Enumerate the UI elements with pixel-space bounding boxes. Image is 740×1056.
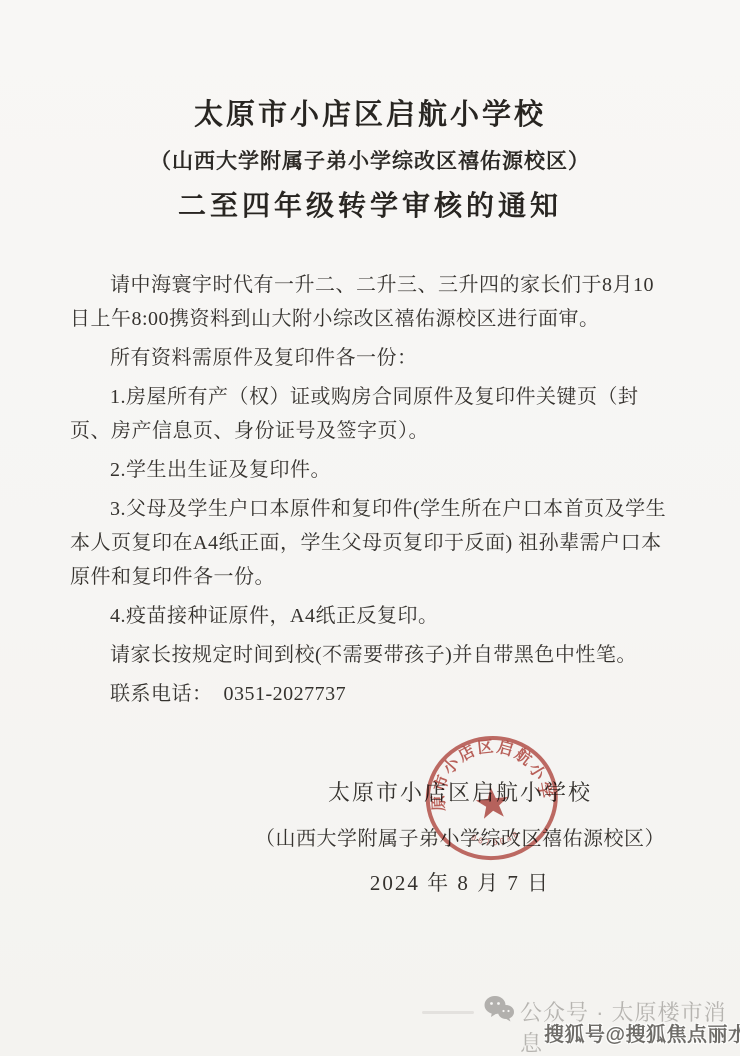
notice-paragraph: 1.房屋所有产（权）证或购房合同原件及复印件关键页（封页、房产信息页、身份证号及… [70, 380, 674, 448]
scanned-notice-page: 太原市小店区启航小学校 （山西大学附属子弟小学综改区禧佑源校区） 二至四年级转学… [0, 0, 740, 1056]
seal-star-icon [475, 785, 510, 819]
notice-paragraph: 3.父母及学生户口本原件和复印件(学生所在户口本首页及学生本人页复印在A4纸正面… [70, 492, 674, 594]
notice-paragraph: 所有资料需原件及复印件各一份： [70, 341, 674, 375]
notice-paragraph: 请中海寰宇时代有一升二、二升三、三升四的家长们于8月10日上午8:00携资料到山… [70, 268, 674, 336]
notice-paragraph: 联系电话： 0351-2027737 [70, 677, 674, 711]
school-title: 太原市小店区启航小学校 [0, 92, 740, 133]
wechat-icon [482, 994, 516, 1024]
notice-paragraph: 请家长按规定时间到校(不需要带孩子)并自带黑色中性笔。 [70, 638, 674, 672]
sohu-watermark: 搜狐号@搜狐焦点丽水站 [544, 1018, 740, 1047]
campus-subtitle: （山西大学附属子弟小学综改区禧佑源校区） [0, 145, 740, 175]
notice-header: 太原市小店区启航小学校 （山西大学附属子弟小学综改区禧佑源校区） 二至四年级转学… [0, 0, 740, 224]
official-seal-stamp: 太原市小店区启航小学校 0070048 [391, 703, 592, 897]
seal-code-digits: 0070048 [469, 828, 524, 850]
notice-title: 二至四年级转学审核的通知 [0, 184, 740, 224]
seal-ring-text: 太原市小店区启航小学校 [391, 703, 555, 817]
notice-body: 请中海寰宇时代有一升二、二升三、三升四的家长们于8月10日上午8:00携资料到山… [0, 268, 740, 711]
footer-divider-dash [422, 1011, 474, 1014]
notice-paragraph: 2.学生出生证及复印件。 [70, 453, 674, 487]
notice-paragraph: 4.疫苗接种证原件，A4纸正反复印。 [70, 599, 674, 633]
